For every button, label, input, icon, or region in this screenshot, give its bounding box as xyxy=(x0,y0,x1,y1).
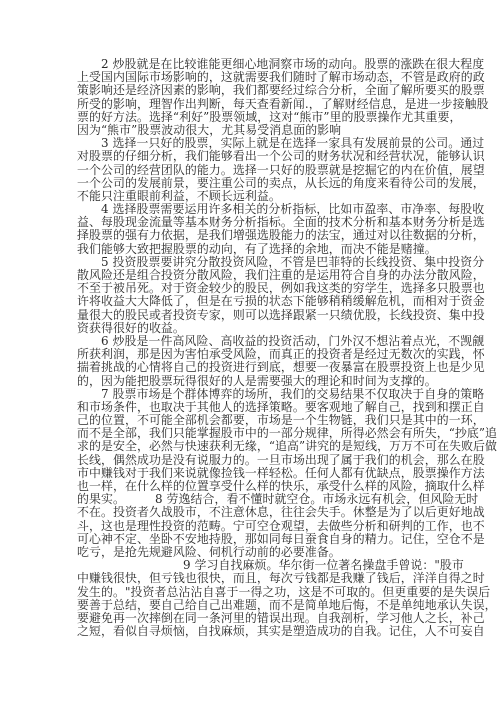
para-3-line: 一个公司的发展前景，要注重公司的卖点，从长远的角度来看待公司的发展， xyxy=(77,177,443,190)
para-2-line: 策影响还是经济因素的影响，我们都要经过综合分析，全面了解所要买的股票 xyxy=(77,84,443,97)
para-8-line: 可心神不定、坐卧不安地持股，那如同每日蚕食自身的精力。记住，空仓不是 xyxy=(77,533,443,546)
para-9-line: 之短，看似自寻烦恼，自找麻烦，其实是塑造成功的自我。记住，人不可妄自 xyxy=(77,625,443,638)
para-4-line: 我们能够大致把握股票的动向，有了选择的余地，而决不能是赌撞。 xyxy=(77,243,443,256)
para-5-line: 资获得很好的收益。 xyxy=(77,322,443,335)
para-6-line: 的，因为能把股票玩得很好的人是需要强大的理论和时间为支撑的。 xyxy=(77,375,443,388)
para-7-line: 7 股票市场是个群体博弈的场所，我们的交易结果不仅取决于自身的策略 xyxy=(77,388,443,401)
para-9-line: 发生的。"投资者总沾沾自喜于一得之功，这是不可取的。但更重要的是失误后 xyxy=(77,586,443,599)
para-2-line: 票的好方法。选择“利好”股票领域，这对“熊市”里的股票操作尤其重要， xyxy=(77,111,443,124)
para-8-line: 斗，这也是理性投资的范畴。宁可空仓观望，去做些分析和研判的工作，也不 xyxy=(77,520,443,533)
para-9-line: 要善于总结，要自己给自己出难题，而不是简单地后悔，不是单纯地承认失误， xyxy=(77,599,443,612)
para-9-line: 中赚钱很快，但亏钱也很快，而且，每次亏钱都是我赚了钱后，洋洋自得之时 xyxy=(77,572,443,585)
para-5-line: 量很大的股民或者投资专家，则可以选择跟紧一只绩优股，长线投资、集中投 xyxy=(77,309,443,322)
para-6-line: 揣着挑战的心情将自己的投资进行到底，想要一夜暴富在股票投资上也是少见 xyxy=(77,361,443,374)
para-8-line: 不在。投资者久战股市，不注意休息，往往会失手。休整是为了以后更好地战 xyxy=(77,506,443,519)
para-7-line: 长线，偶然成功是没有说服力的。一旦市场出现了属于我们的机会，那么在股 xyxy=(77,454,443,467)
para-7-line: 求的是安全，必然与快速获利无缘，“追高”讲究的是短线，万万不可在失败后做 xyxy=(77,440,443,453)
para-3-line: 一个公司的经营团队的能力。选择一只好的股票就是挖掘它的内在价值，展望 xyxy=(77,164,443,177)
para-4-line: 择股票的强有力依据，是我们增强选股能力的法宝，通过对以往数据的分析， xyxy=(77,229,443,242)
para-3-line: 对股票的仔细分析，我们能够看出一个公司的财务状况和经营状况，能够认识 xyxy=(77,150,443,163)
para-2-line: 所受的影响，理智作出判断，每天查看新闻.，了解财经信息，是进一步接触股 xyxy=(77,98,443,111)
para-5-line: 许将收益大大降低了，但是在亏损的状态下能够稍稍缓解危机，而相对于资金 xyxy=(77,295,443,308)
document-page: 2 炒股就是在比较谁能更细心地洞察市场的动向。股票的涨跌在很大程度 上受国内国际… xyxy=(77,58,443,638)
